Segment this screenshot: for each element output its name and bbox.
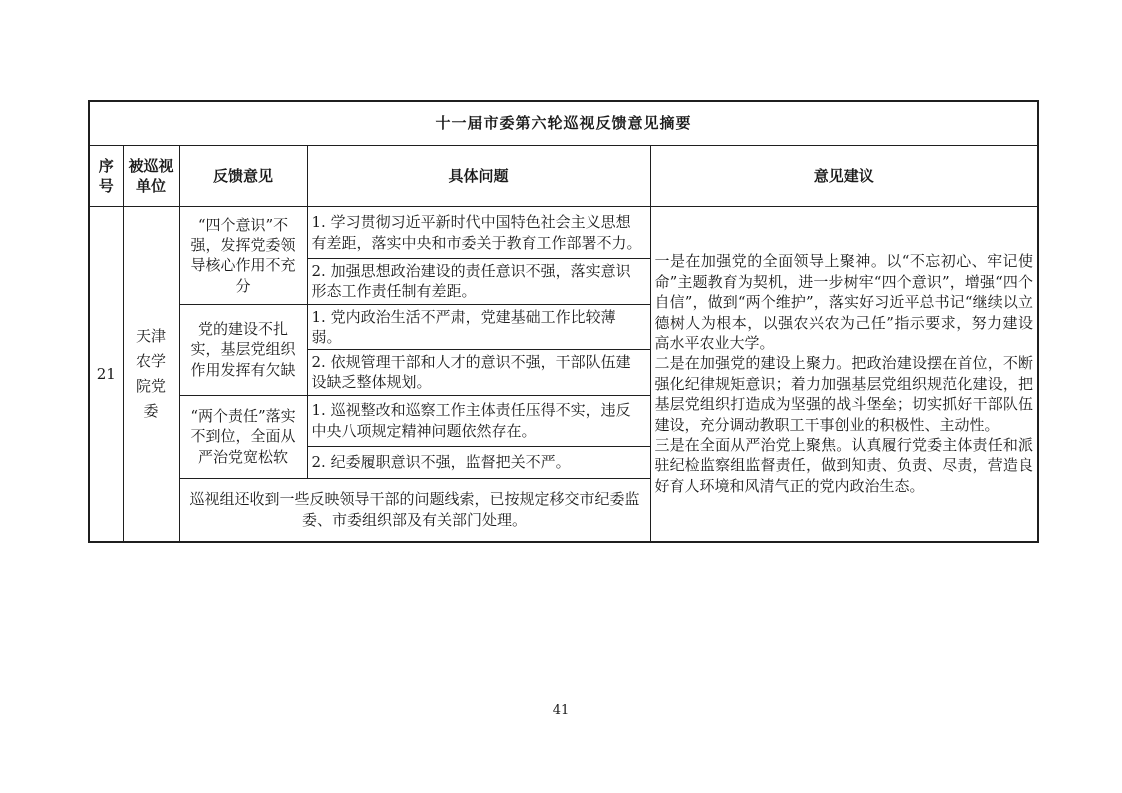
suggestion-paragraph-1: 一是在加强党的全面领导上聚神。以“不忘初心、牢记使命”主题教育为契机，进一步树牢… <box>655 251 1034 353</box>
inspection-feedback-table: 十一届市委第六轮巡视反馈意见摘要 序号 被巡视单位 反馈意见 具体问题 意见建议… <box>88 100 1039 543</box>
page-number: 41 <box>0 703 1122 718</box>
problem-cell-3-1: 1. 巡视整改和巡察工作主体责任压得不实，违反中央八项规定精神问题依然存在。 <box>307 395 650 446</box>
table-header-row: 序号 被巡视单位 反馈意见 具体问题 意见建议 <box>89 146 1038 207</box>
clue-transfer-note-cell: 巡视组还收到一些反映领导干部的问题线索，已按规定移交市纪委监委、市委组织部及有关… <box>179 478 650 542</box>
problem-cell-2-1: 1. 党内政治生活不严肃，党建基础工作比较薄弱。 <box>307 304 650 350</box>
feedback-cell-2: 党的建设不扎实，基层党组织作用发挥有欠缺 <box>179 304 307 395</box>
column-header-serial: 序号 <box>89 146 123 207</box>
table-row: 21 天津农学院党委 “四个意识”不强，发挥党委领导核心作用不充分 1. 学习贯… <box>89 207 1038 259</box>
serial-number-cell: 21 <box>89 207 123 542</box>
problem-cell-3-2: 2. 纪委履职意识不强，监督把关不严。 <box>307 446 650 478</box>
table-title-row: 十一届市委第六轮巡视反馈意见摘要 <box>89 101 1038 146</box>
suggestions-cell: 一是在加强党的全面领导上聚神。以“不忘初心、牢记使命”主题教育为契机，进一步树牢… <box>650 207 1038 542</box>
column-header-problems: 具体问题 <box>307 146 650 207</box>
feedback-cell-3: “两个责任”落实不到位，全面从严治党宽松软 <box>179 395 307 478</box>
problem-cell-2-2: 2. 依规管理干部和人才的意识不强，干部队伍建设缺乏整体规划。 <box>307 350 650 396</box>
column-header-suggestions: 意见建议 <box>650 146 1038 207</box>
suggestion-paragraph-3: 三是在全面从严治党上聚焦。认真履行党委主体责任和派驻纪检监察组监督责任，做到知责… <box>655 435 1034 496</box>
column-header-unit: 被巡视单位 <box>123 146 179 207</box>
problem-cell-1-1: 1. 学习贯彻习近平新时代中国特色社会主义思想有差距，落实中央和市委关于教育工作… <box>307 207 650 259</box>
inspected-unit-cell: 天津农学院党委 <box>123 207 179 542</box>
feedback-cell-1: “四个意识”不强，发挥党委领导核心作用不充分 <box>179 207 307 305</box>
problem-cell-1-2: 2. 加强思想政治建设的责任意识不强，落实意识形态工作责任制有差距。 <box>307 259 650 305</box>
column-header-feedback: 反馈意见 <box>179 146 307 207</box>
suggestion-paragraph-2: 二是在加强党的建设上聚力。把政治建设摆在首位，不断强化纪律规矩意识；着力加强基层… <box>655 353 1034 435</box>
inspected-unit-text: 天津农学院党委 <box>136 324 166 423</box>
table-title: 十一届市委第六轮巡视反馈意见摘要 <box>89 101 1038 146</box>
document-page: 十一届市委第六轮巡视反馈意见摘要 序号 被巡视单位 反馈意见 具体问题 意见建议… <box>0 0 1122 793</box>
